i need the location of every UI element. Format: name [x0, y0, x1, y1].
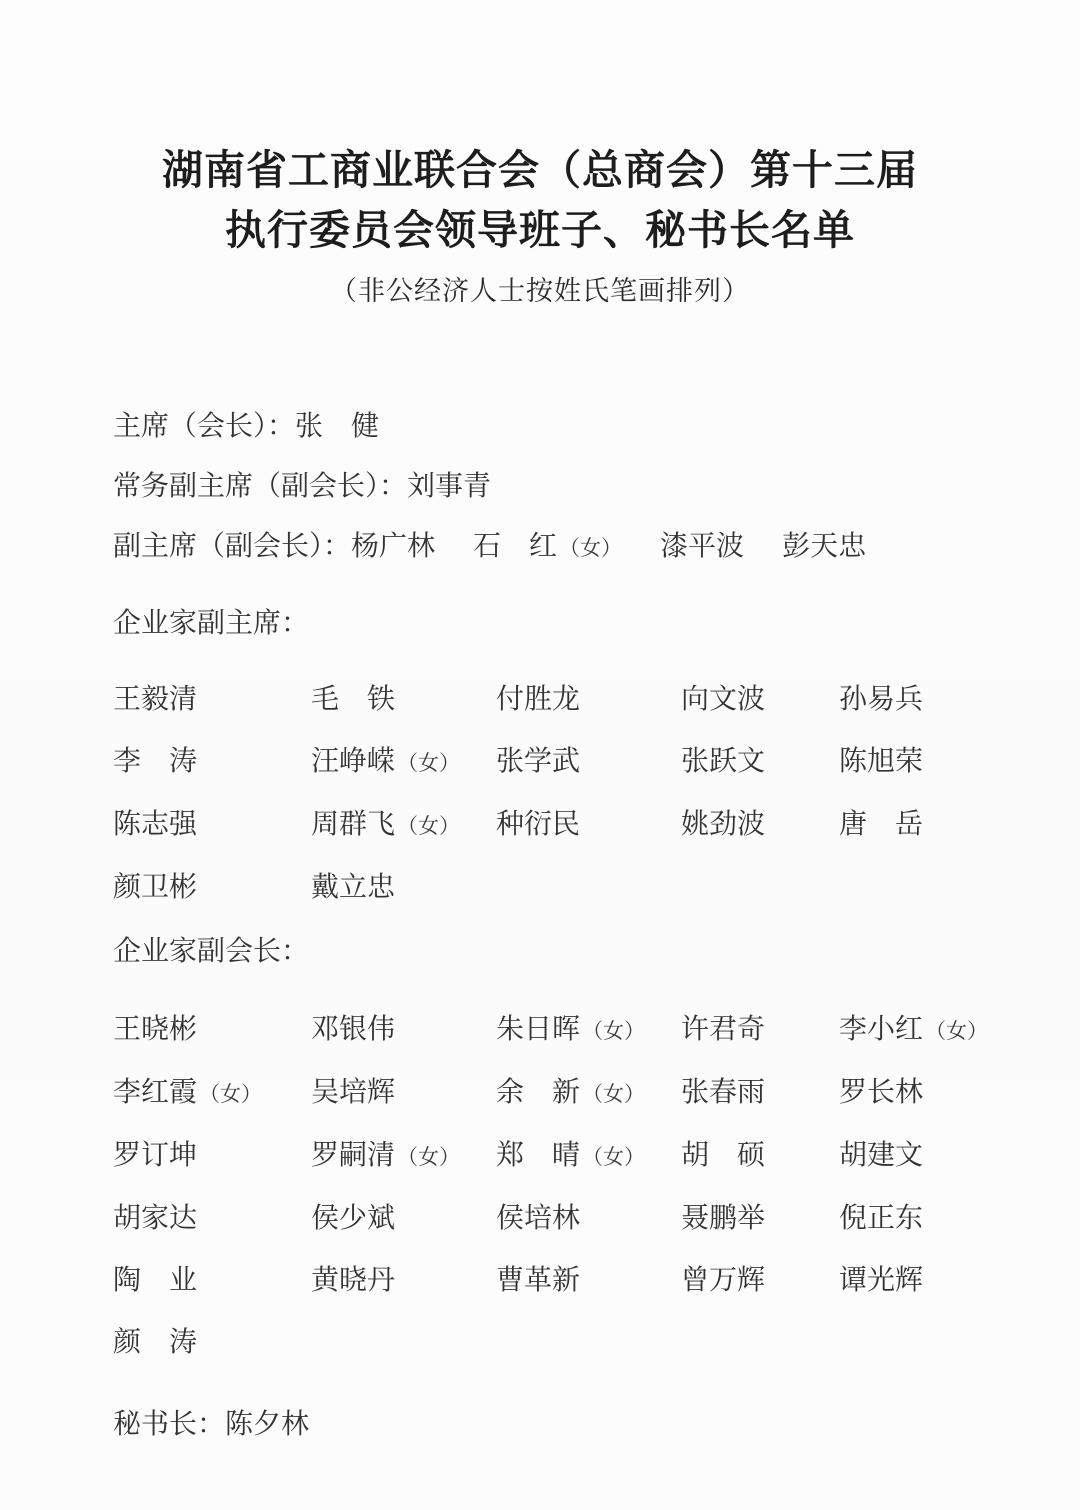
person-name: 李红霞（女）	[113, 1076, 311, 1111]
name-row: 胡家达侯少斌侯培林聂鹏举倪正东	[113, 1202, 1000, 1236]
person-name-text: 王晓彬	[113, 1013, 197, 1047]
person-name: 张跃文	[681, 745, 839, 780]
chairman-line: 主席（会长）： 张 健	[113, 410, 1000, 444]
person-name-text: 姚劲波	[681, 808, 765, 842]
name-grid-entrepreneur-vice-chairmen: 王毅清毛 铁付胜龙向文波孙易兵李 涛汪峥嵘（女）张学武张跃文陈旭荣陈志强周群飞（…	[113, 683, 1000, 905]
person-name-text: 戴立忠	[311, 871, 395, 905]
person-name: 侯少斌	[311, 1202, 496, 1236]
person-name-text: 陈志强	[113, 808, 197, 842]
person-name: 周群飞（女）	[311, 808, 496, 843]
person-name: 郑 晴（女）	[496, 1139, 681, 1174]
person-name-text: 胡家达	[113, 1202, 197, 1236]
person-name-text: 黄晓丹	[311, 1264, 395, 1298]
person-name: 姚劲波	[681, 808, 839, 843]
person-name: 王晓彬	[113, 1013, 311, 1048]
person-name: 漆平波	[660, 530, 744, 564]
person-name: 聂鹏举	[681, 1202, 839, 1236]
person-name-text: 张春雨	[681, 1076, 765, 1110]
person-name: 吴培辉	[311, 1076, 496, 1111]
person-name-text: 罗嗣清	[311, 1139, 395, 1173]
person-name: 侯培林	[496, 1202, 681, 1236]
executive-vice-chairman-line: 常务副主席（副会长）： 刘事青	[113, 470, 1000, 504]
person-name: 胡家达	[113, 1202, 311, 1236]
person-name-text: 罗长林	[839, 1076, 923, 1110]
person-name-text: 邓银伟	[311, 1013, 395, 1047]
person-name-text: 付胜龙	[496, 683, 580, 717]
person-name-text: 毛 铁	[311, 683, 395, 717]
name-row: 颜 涛	[113, 1326, 1000, 1360]
person-name-text: 聂鹏举	[681, 1202, 765, 1236]
title-line-1: 湖南省工商业联合会（总商会）第十三届	[0, 140, 1080, 200]
person-name-text: 周群飞	[311, 808, 395, 842]
name-row: 罗订坤罗嗣清（女）郑 晴（女）胡 硕胡建文	[113, 1139, 1000, 1174]
person-name: 李小红（女）	[839, 1013, 1000, 1048]
female-marker: （女）	[557, 531, 622, 565]
vice-chairmen-line: 副主席（副会长）： 杨广林石 红（女）漆平波彭天忠	[113, 530, 1000, 565]
section-heading-entrepreneur-vice-chairmen: 企业家副主席：	[113, 607, 1000, 641]
person-name: 唐 岳	[839, 808, 1000, 843]
section-entrepreneur-vice-chairmen: 企业家副主席： 王毅清毛 铁付胜龙向文波孙易兵李 涛汪峥嵘（女）张学武张跃文陈旭…	[113, 565, 1000, 905]
person-name: 彭天忠	[782, 530, 866, 564]
person-name-text: 谭光辉	[839, 1264, 923, 1298]
person-name-text: 杨广林	[351, 530, 435, 564]
person-name: 朱日晖（女）	[496, 1013, 681, 1048]
female-marker: （女）	[580, 1140, 645, 1174]
person-name-text: 侯培林	[496, 1202, 580, 1236]
person-name: 颜 涛	[113, 1326, 311, 1360]
person-name: 胡 硕	[681, 1139, 839, 1174]
document-page: 湖南省工商业联合会（总商会）第十三届 执行委员会领导班子、秘书长名单 （非公经济…	[0, 0, 1080, 1510]
person-name: 向文波	[681, 683, 839, 717]
person-name-text: 颜 涛	[113, 1326, 197, 1360]
person-name: 罗长林	[839, 1076, 1000, 1111]
section-heading-entrepreneur-vice-presidents: 企业家副会长：	[113, 935, 1000, 969]
person-name-text: 胡 硕	[681, 1139, 765, 1173]
person-name-text: 张 健	[295, 410, 379, 444]
person-name-text: 曹革新	[496, 1264, 580, 1298]
person-name: 余 新（女）	[496, 1076, 681, 1111]
person-name-text: 唐 岳	[839, 808, 923, 842]
document-title: 湖南省工商业联合会（总商会）第十三届 执行委员会领导班子、秘书长名单	[0, 140, 1080, 260]
name-grid-entrepreneur-vice-presidents: 王晓彬邓银伟朱日晖（女）许君奇李小红（女）李红霞（女）吴培辉余 新（女）张春雨罗…	[113, 1013, 1000, 1360]
person-name: 黄晓丹	[311, 1264, 496, 1298]
name-row: 王毅清毛 铁付胜龙向文波孙易兵	[113, 683, 1000, 717]
person-name-text: 倪正东	[839, 1202, 923, 1236]
person-name-text: 李 涛	[113, 745, 197, 779]
person-name-text: 孙易兵	[839, 683, 923, 717]
person-name: 刘事青	[407, 470, 491, 504]
female-marker: （女）	[197, 1077, 262, 1111]
person-name-text: 张学武	[496, 745, 580, 779]
person-name-text: 王毅清	[113, 683, 197, 717]
female-marker: （女）	[395, 746, 460, 780]
person-name: 汪峥嵘（女）	[311, 745, 496, 780]
person-name-text: 彭天忠	[782, 530, 866, 564]
executive-vice-chairman-names: 刘事青	[407, 470, 491, 504]
name-row: 陶 业黄晓丹曹革新曾万辉谭光辉	[113, 1264, 1000, 1298]
name-row: 李 涛汪峥嵘（女）张学武张跃文陈旭荣	[113, 745, 1000, 780]
person-name: 许君奇	[681, 1013, 839, 1048]
person-name: 张 健	[295, 410, 379, 444]
person-name: 戴立忠	[311, 871, 496, 905]
female-marker: （女）	[395, 809, 460, 843]
person-name-text: 向文波	[681, 683, 765, 717]
person-name: 石 红（女）	[473, 530, 622, 565]
person-name-text: 陶 业	[113, 1264, 197, 1298]
person-name-text: 罗订坤	[113, 1139, 197, 1173]
person-name-text: 颜卫彬	[113, 871, 197, 905]
female-marker: （女）	[580, 1077, 645, 1111]
person-name-text: 许君奇	[681, 1013, 765, 1047]
person-name-text: 余 新	[496, 1076, 580, 1110]
person-name: 陈志强	[113, 808, 311, 843]
female-marker: （女）	[580, 1014, 645, 1048]
person-name-text: 漆平波	[660, 530, 744, 564]
person-name-text: 汪峥嵘	[311, 745, 395, 779]
person-name: 杨广林	[351, 530, 435, 564]
person-name: 邓银伟	[311, 1013, 496, 1048]
person-name: 罗嗣清（女）	[311, 1139, 496, 1174]
vice-chairmen-names: 杨广林石 红（女）漆平波彭天忠	[351, 530, 866, 565]
female-marker: （女）	[923, 1014, 988, 1048]
person-name-text: 朱日晖	[496, 1013, 580, 1047]
person-name-text: 胡建文	[839, 1139, 923, 1173]
person-name: 张春雨	[681, 1076, 839, 1111]
name-row: 李红霞（女）吴培辉余 新（女）张春雨罗长林	[113, 1076, 1000, 1111]
person-name: 胡建文	[839, 1139, 1000, 1174]
person-name: 倪正东	[839, 1202, 1000, 1236]
person-name: 曹革新	[496, 1264, 681, 1298]
person-name-text: 陈旭荣	[839, 745, 923, 779]
person-name: 曾万辉	[681, 1264, 839, 1298]
secretary-general-name: 陈夕林	[225, 1408, 309, 1442]
person-name: 付胜龙	[496, 683, 681, 717]
person-name-text: 种衍民	[496, 808, 580, 842]
chairman-label: 主席（会长）：	[113, 410, 295, 444]
person-name: 陈旭荣	[839, 745, 1000, 780]
title-line-2: 执行委员会领导班子、秘书长名单	[0, 200, 1080, 260]
person-name: 王毅清	[113, 683, 311, 717]
person-name: 种衍民	[496, 808, 681, 843]
name-row: 陈志强周群飞（女）种衍民姚劲波唐 岳	[113, 808, 1000, 843]
name-row: 王晓彬邓银伟朱日晖（女）许君奇李小红（女）	[113, 1013, 1000, 1048]
secretary-general-line: 秘书长： 陈夕林	[113, 1408, 1000, 1442]
secretary-general-label: 秘书长：	[113, 1408, 225, 1442]
person-name-text: 侯少斌	[311, 1202, 395, 1236]
female-marker: （女）	[395, 1140, 460, 1174]
person-name-text: 刘事青	[407, 470, 491, 504]
chairman-names: 张 健	[295, 410, 379, 444]
person-name: 张学武	[496, 745, 681, 780]
document-subtitle: （非公经济人士按姓氏笔画排列）	[0, 272, 1080, 310]
person-name-text: 李红霞	[113, 1076, 197, 1110]
person-name-text: 郑 晴	[496, 1139, 580, 1173]
person-name-text: 吴培辉	[311, 1076, 395, 1110]
person-name: 颜卫彬	[113, 871, 311, 905]
person-name: 孙易兵	[839, 683, 1000, 717]
person-name: 谭光辉	[839, 1264, 1000, 1298]
section-entrepreneur-vice-presidents: 企业家副会长： 王晓彬邓银伟朱日晖（女）许君奇李小红（女）李红霞（女）吴培辉余 …	[113, 905, 1000, 1360]
person-name: 陶 业	[113, 1264, 311, 1298]
vice-chairmen-label: 副主席（副会长）：	[113, 530, 351, 564]
person-name: 罗订坤	[113, 1139, 311, 1174]
person-name-text: 李小红	[839, 1013, 923, 1047]
person-name-text: 石 红	[473, 530, 557, 564]
person-name: 李 涛	[113, 745, 311, 780]
executive-vice-chairman-label: 常务副主席（副会长）：	[113, 470, 407, 504]
name-row: 颜卫彬戴立忠	[113, 871, 1000, 905]
person-name-text: 曾万辉	[681, 1264, 765, 1298]
person-name-text: 张跃文	[681, 745, 765, 779]
person-name: 毛 铁	[311, 683, 496, 717]
